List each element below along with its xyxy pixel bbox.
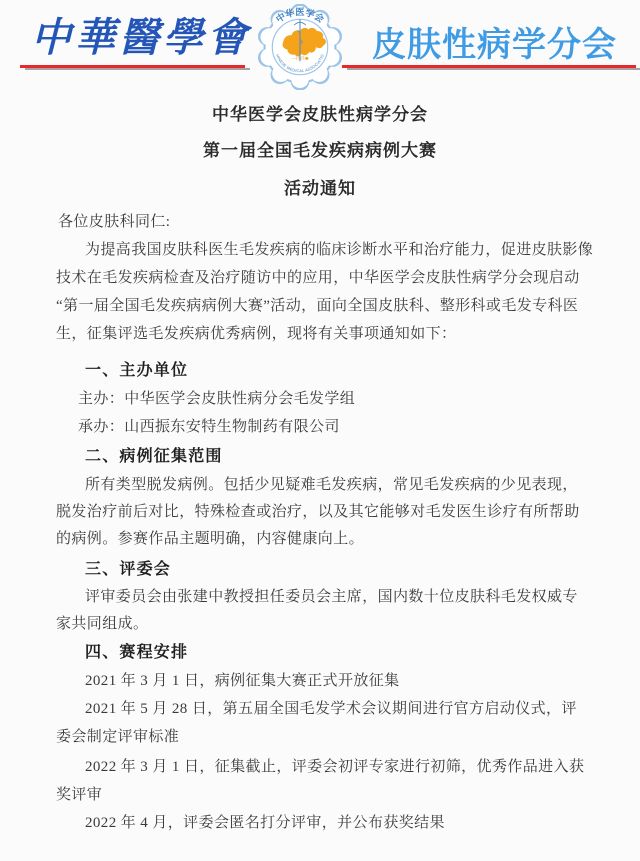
schedule-line: 2022 年 3 月 1 日，征集截止，评委会初评专家进行初筛，优秀作品进入获 bbox=[85, 755, 584, 779]
schedule-line: 2022 年 4 月，评委会匿名打分评审，并公布获奖结果 bbox=[85, 811, 445, 835]
schedule-line: 2021 年 3 月 1 日，病例征集大赛正式开放征集 bbox=[85, 669, 400, 693]
doc-line: 为提高我国皮肤科医生毛发疾病的临床诊断水平和治疗能力，促进皮肤影像 bbox=[85, 238, 593, 262]
doc-line: 家共同组成。 bbox=[56, 612, 148, 636]
doc-title-notice: 活动通知 bbox=[0, 177, 640, 201]
doc-line: 生，征集评选毛发疾病优秀病例，现将有关事项通知如下： bbox=[56, 322, 456, 346]
cma-calligraphy-title: 中華醫學會 bbox=[30, 12, 252, 64]
schedule-line: 奖评审 bbox=[56, 783, 102, 807]
notice-document-page: 中華醫學會 皮肤性病学分会 bbox=[0, 0, 640, 861]
doc-line: 评审委员会由张建中教授担任委员会主席，国内数十位皮肤科毛发权威专 bbox=[85, 585, 578, 609]
section-heading-4: 四、赛程安排 bbox=[85, 641, 188, 665]
header-rule-left bbox=[20, 65, 245, 68]
doc-line: 脱发治疗前后对比，特殊检查或治疗，以及其它能够对毛发医生诊疗有所帮助 bbox=[56, 500, 580, 524]
branch-title: 皮肤性病学分会 bbox=[372, 24, 634, 66]
header-rule-right bbox=[342, 65, 636, 68]
doc-line: “第一届全国毛发疾病病例大赛”活动，面向全国皮肤科、整形科或毛发专科医 bbox=[56, 294, 578, 318]
section-heading-2: 二、病例征集范围 bbox=[85, 445, 223, 469]
schedule-line: 委会制定评审标准 bbox=[56, 725, 179, 749]
schedule-line: 2021 年 5 月 28 日，第五届全国毛发学术会议期间进行官方启动仪式，评 bbox=[85, 697, 577, 721]
doc-title-org: 中华医学会皮肤性病学分会 bbox=[0, 103, 640, 127]
section-heading-3: 三、评委会 bbox=[85, 558, 171, 582]
logo-year: —1915— bbox=[291, 56, 310, 61]
organizer-line: 主办：中华医学会皮肤性病分会毛发学组 bbox=[78, 387, 355, 411]
doc-title-contest: 第一届全国毛发疾病病例大赛 bbox=[0, 139, 640, 163]
section-heading-1: 一、主办单位 bbox=[85, 359, 188, 383]
salutation: 各位皮肤科同仁: bbox=[58, 210, 170, 234]
undertaker-line: 承办：山西振东安特生物制药有限公司 bbox=[78, 415, 340, 439]
doc-line: 的病例。参赛作品主题明确，内容健康向上。 bbox=[56, 527, 364, 551]
doc-line: 所有类型脱发病例。包括少见疑难毛发疾病，常见毛发疾病的少见表现， bbox=[85, 473, 578, 497]
cma-logo-icon: 中华医学会 —1915— CHINESE MEDICAL ASSOCIATION bbox=[258, 4, 342, 90]
doc-line: 技术在毛发疾病检查及治疗随访中的应用，中华医学会皮肤性病学分会现启动 bbox=[56, 266, 580, 290]
